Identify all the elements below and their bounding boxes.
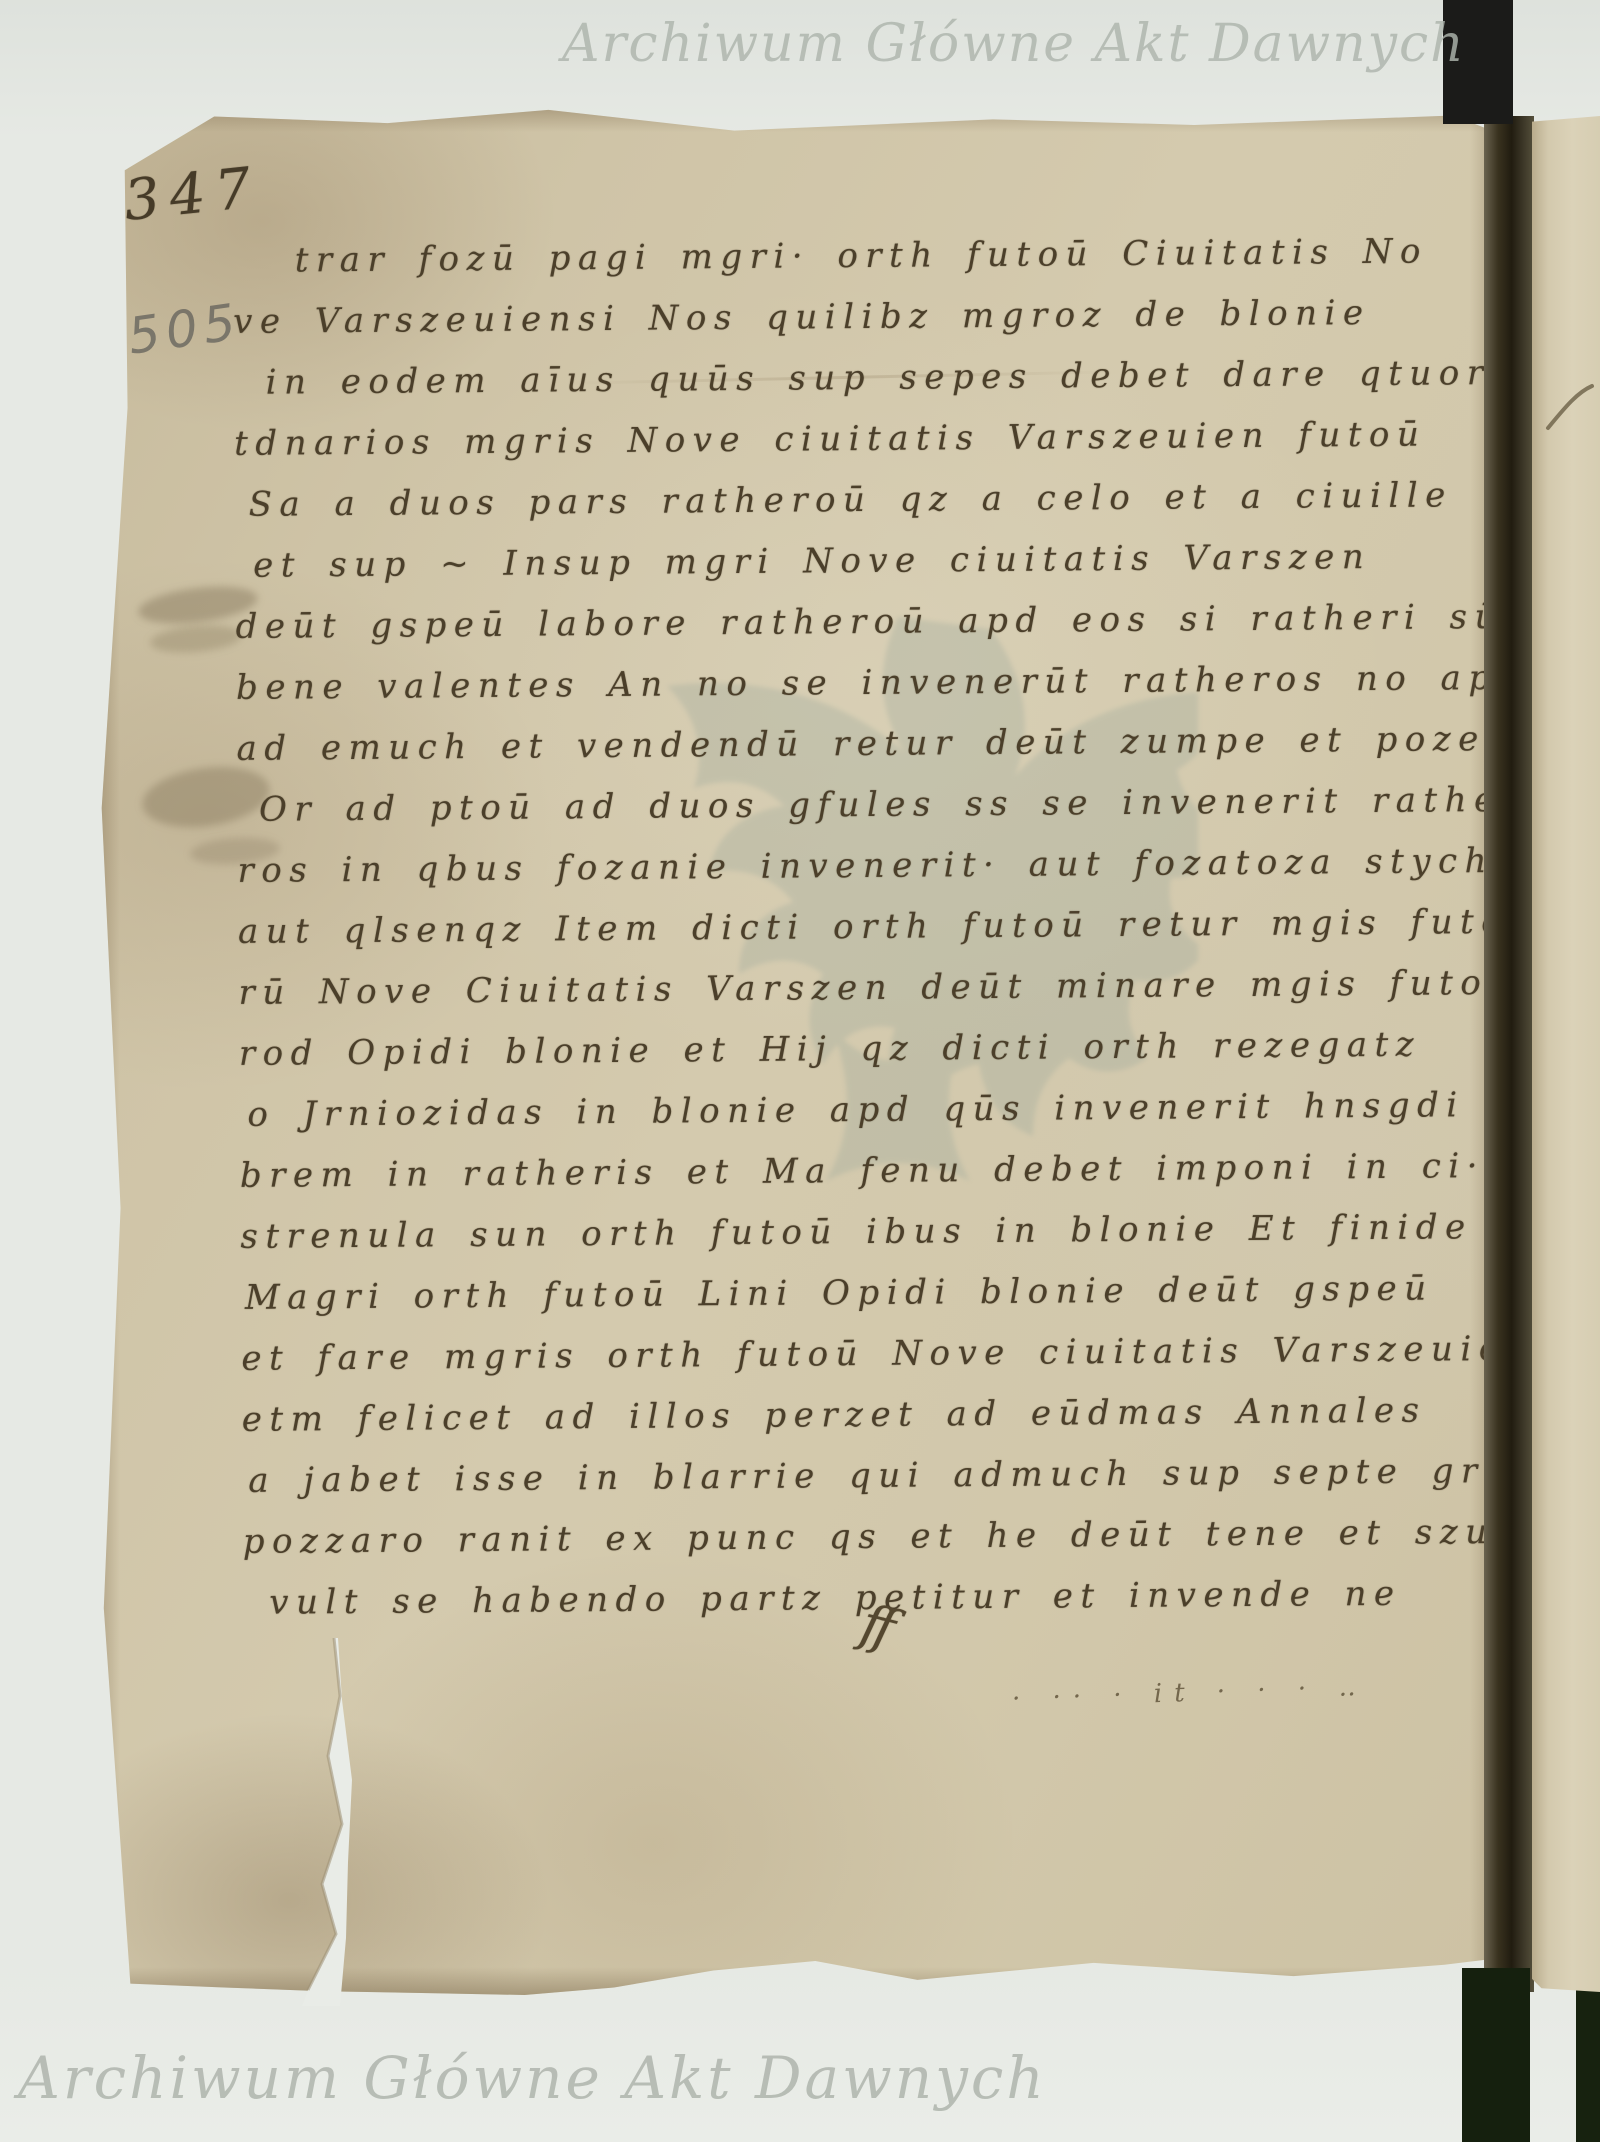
manuscript-line: strenula sun orth futoū ibus in blonie E…	[240, 1197, 1490, 1268]
manuscript-line: Magri orth futoū Lini Opidi blonie deūt …	[241, 1258, 1491, 1329]
manuscript-line: o Jrniozidas in blonie apd qūs invenerit…	[239, 1075, 1489, 1146]
green-cover-edge	[1576, 1986, 1600, 2142]
green-cover-edge	[1462, 1968, 1530, 2142]
archive-watermark-bottom: Archiwum Główne Akt Dawnych	[18, 2044, 1047, 2112]
archive-scan: 347 505 trar fozū pagi mgri· orth futoū …	[0, 0, 1600, 2142]
manuscript-line: ros in qbus fozanie invenerit· aut fozat…	[237, 831, 1487, 902]
manuscript-line: etm felicet ad illos perzet ad eūdmas An…	[242, 1380, 1492, 1451]
manuscript-line: aut qlsenqz Item dicti orth futoū retur …	[238, 892, 1488, 963]
archive-watermark-top: Archiwum Główne Akt Dawnych	[562, 14, 1466, 74]
manuscript-line: brem in ratheris et Ma fenu debet imponi…	[240, 1136, 1490, 1207]
manuscript-line: ve Varszeuiensi Nos quilibz mgroz de blo…	[233, 282, 1483, 353]
manuscript-line: pozzaro ranit ex punc qs et he deūt tene…	[243, 1502, 1493, 1573]
manuscript-line: bene valentes An no se invenerūt rathero…	[236, 648, 1486, 719]
manuscript-line: Or ad ptoū ad duos gfules ss se inveneri…	[237, 770, 1487, 841]
binding-gutter	[1484, 116, 1534, 1992]
manuscript-line: ad emuch et vendendū retur deūt zumpe et…	[236, 709, 1486, 780]
manuscript-line: rod Opidi blonie et Hij qz dicti orth re…	[239, 1014, 1489, 1085]
manuscript-line: et fare mgris orth futoū Nove ciuitatis …	[241, 1319, 1491, 1390]
page-tear	[288, 1638, 368, 2006]
ink-stroke-adjacent-page	[1538, 382, 1598, 434]
manuscript-line: in eodem aīus quūs sup sepes debet dare …	[233, 343, 1483, 414]
manuscript-line: a jabet isse in blarrie qui admuch sup s…	[242, 1441, 1492, 1512]
manuscript-line: rū Nove Ciuitatis Varszen deūt minare mg…	[238, 953, 1488, 1024]
manuscript-line: et sup ~ Insup mgri Nove ciuitatis Varsz…	[235, 526, 1485, 597]
manuscript-line: Sa a duos pars ratheroū qz a celo et a c…	[234, 465, 1484, 536]
manuscript-text-block: trar fozū pagi mgri· orth futoū Ciuitati…	[233, 221, 1494, 1634]
manuscript-line: deūt gspeū labore ratheroū apd eos si ra…	[235, 587, 1485, 658]
manuscript-line: tdnarios mgris Nove ciuitatis Varszeuien…	[234, 404, 1484, 475]
manuscript-line: trar fozū pagi mgri· orth futoū Ciuitati…	[233, 221, 1483, 292]
